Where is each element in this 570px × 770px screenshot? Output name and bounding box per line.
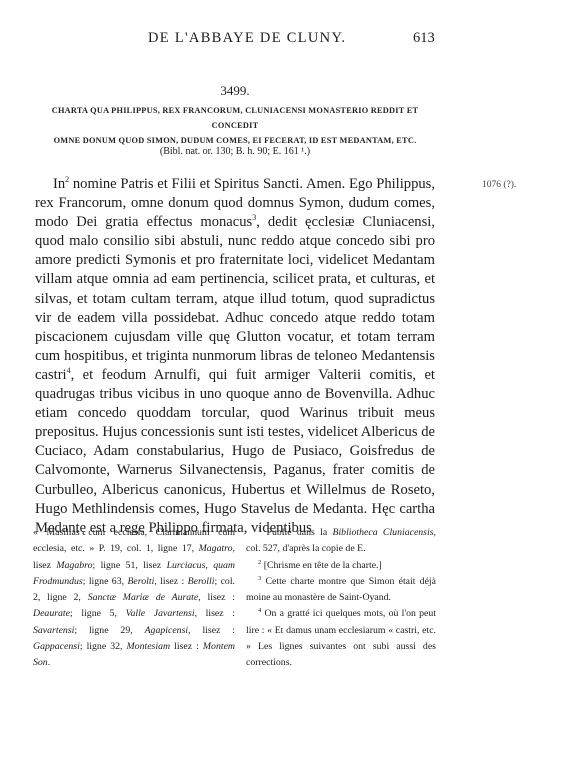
fn-text: ; ligne 29, xyxy=(74,625,144,636)
fn-italic: Montesiam xyxy=(127,641,171,652)
source-reference: (Bibl. nat. or. 130; B. h. 90; E. 161 ¹.… xyxy=(0,146,470,157)
fn-text: , lisez : xyxy=(198,592,235,603)
fn-italic: Valle Javartensi xyxy=(126,608,195,619)
fn-italic: Gappacensi xyxy=(33,641,80,652)
fn-italic: Savartensi xyxy=(33,625,74,636)
fn-text: Publié dans la xyxy=(261,527,332,538)
charter-number: 3499. xyxy=(0,83,470,99)
charter-heading-line-1: CHARTA QUA PHILIPPUS, REX FRANCORUM, CLU… xyxy=(30,103,440,133)
body-text-part: , et feodum Arnulfi, qui fuit armiger Va… xyxy=(35,367,435,536)
fn-text: ; ligne 51, lisez xyxy=(92,560,166,571)
running-title: DE L'ABBAYE DE CLUNY. xyxy=(148,30,346,47)
fn-italic: Deaurate xyxy=(33,608,70,619)
fn-italic: Berolli xyxy=(188,576,215,587)
body-text-part: , dedit ęcclesiæ Cluniacensi, quod malo … xyxy=(35,214,435,383)
margin-date-note: 1076 (?). xyxy=(482,180,516,190)
footnote-2: 2 [Chrisme en tête de la charte.] xyxy=(246,558,436,574)
footnote-4: 4 On a gratté ici quelques mots, où l'on… xyxy=(246,606,436,671)
fn-text: On a gratté ici quelques mots, où l'on p… xyxy=(246,608,436,668)
fn-italic: Sanctæ Mariæ de Aurate xyxy=(88,592,199,603)
fn-italic: Berolti xyxy=(127,576,154,587)
footnotes-right-column: 1 Publié dans la Bibliotheca Cluniacensi… xyxy=(246,525,436,672)
fn-text: . xyxy=(48,657,50,668)
fn-italic: Magabro xyxy=(56,560,92,571)
running-head: DE L'ABBAYE DE CLUNY. 613 xyxy=(0,30,570,50)
fn-italic: Magatro xyxy=(199,543,233,554)
fn-italic: Agapicensi xyxy=(145,625,189,636)
fn-text: lisez : xyxy=(170,641,203,652)
fn-text: ; ligne 63, xyxy=(83,576,128,587)
fn-text: ; ligne 32, xyxy=(80,641,127,652)
footnotes-left-column: « Masilias cum ecclesia, Clarimannum cum… xyxy=(33,525,235,672)
charter-body-text: In2 nomine Patris et Filii et Spiritus S… xyxy=(35,175,435,538)
fn-text: , lisez : xyxy=(195,608,235,619)
fn-text: , lisez : xyxy=(154,576,187,587)
footnote-3: 3 Cette charte montre que Simon était dé… xyxy=(246,574,436,607)
fn-text: Cette charte montre que Simon était déjà… xyxy=(246,576,436,603)
page-number: 613 xyxy=(413,30,435,47)
fn-italic: Bibliotheca Cluniacensis xyxy=(332,527,433,538)
fn-text: , lisez : xyxy=(188,625,235,636)
footnote-continuation: « Masilias cum ecclesia, Clarimannum cum… xyxy=(33,525,235,672)
body-text-part: In xyxy=(53,176,65,192)
charter-heading: CHARTA QUA PHILIPPUS, REX FRANCORUM, CLU… xyxy=(30,103,440,148)
fn-text: ; ligne 5, xyxy=(70,608,126,619)
fn-text: [Chrisme en tête de la charte.] xyxy=(261,560,382,571)
footnote-1: 1 Publié dans la Bibliotheca Cluniacensi… xyxy=(246,525,436,558)
